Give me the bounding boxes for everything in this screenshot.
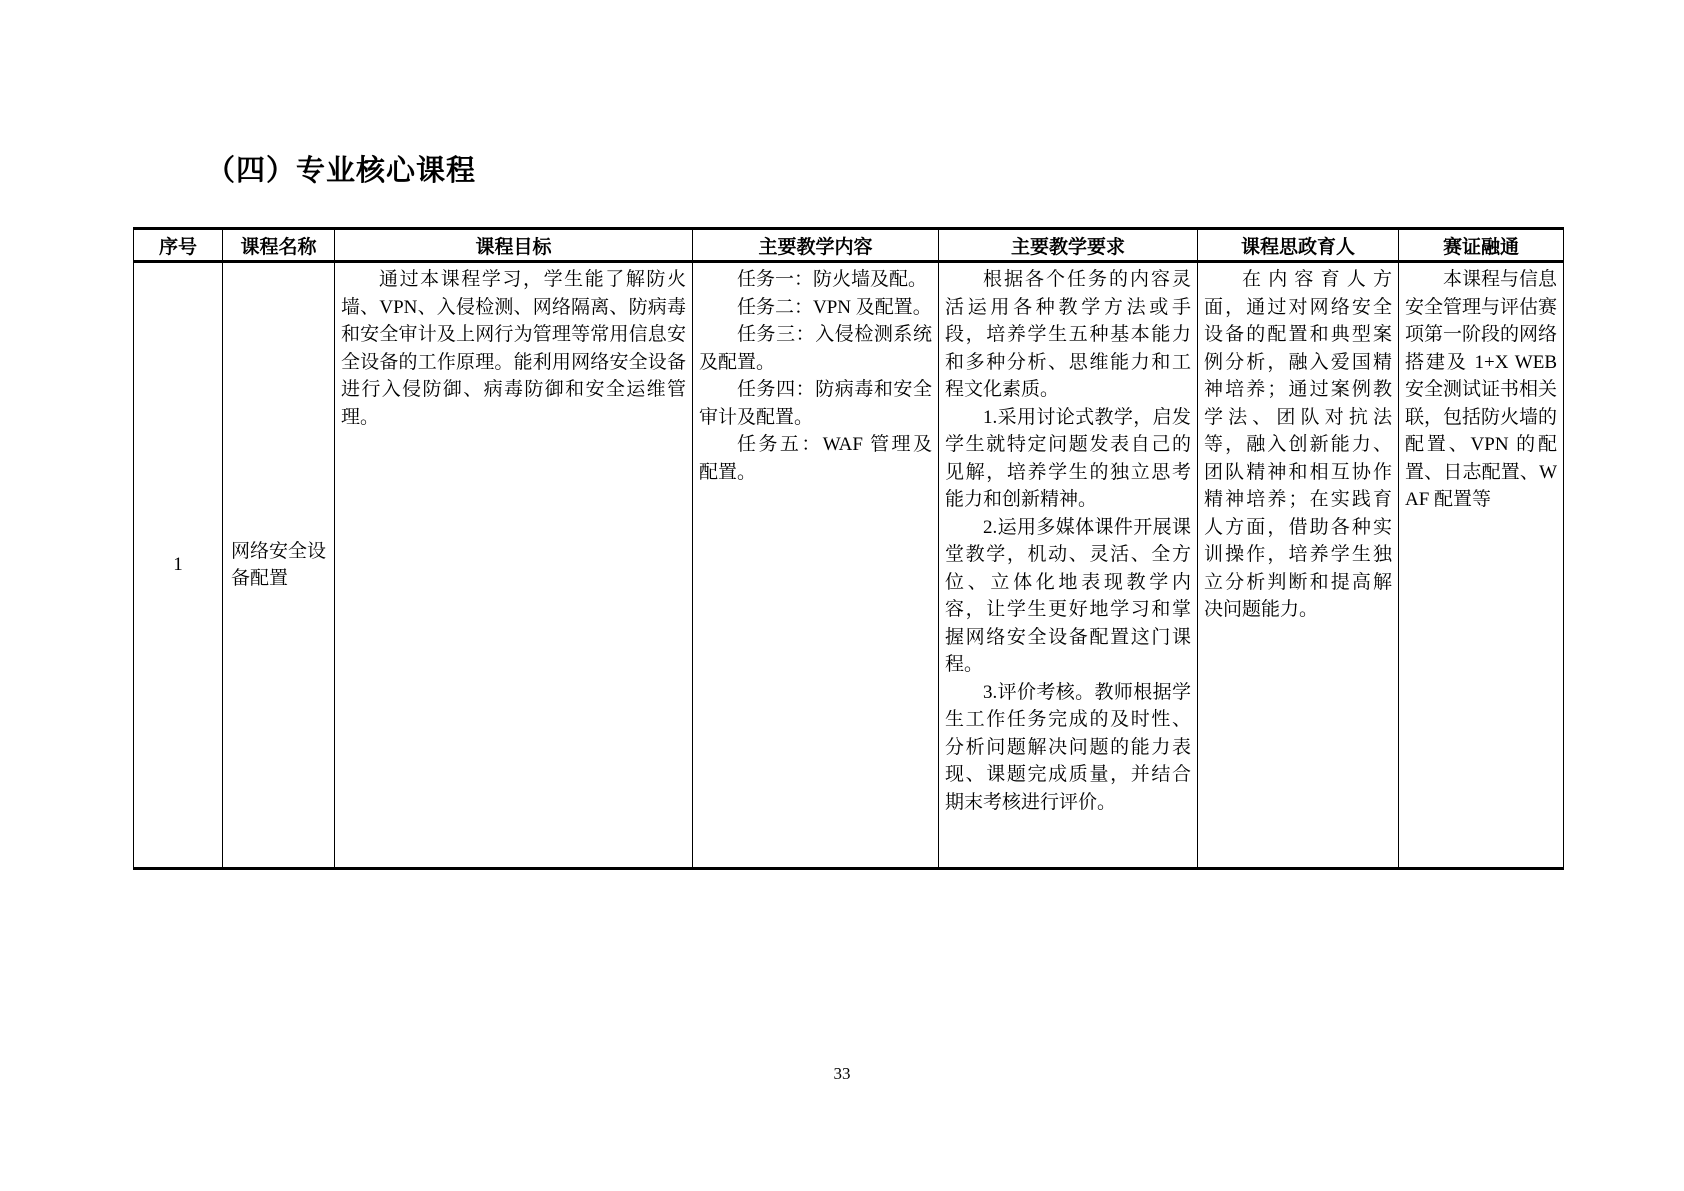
table-header-row: 序号 课程名称 课程目标 主要教学内容 主要教学要求 课程思政育人 赛证融通 xyxy=(134,229,1564,262)
table-row: 1 网络安全设备配置 通过本课程学习，学生能了解防火墙、VPN、入侵检测、网络隔… xyxy=(134,262,1564,869)
col-header-teaching-content: 主要教学内容 xyxy=(693,229,939,262)
section-heading: （四）专业核心课程 xyxy=(206,148,476,189)
cell-course-objective: 通过本课程学习，学生能了解防火墙、VPN、入侵检测、网络隔离、防病毒和安全审计及… xyxy=(335,262,693,869)
cell-teaching-content: 任务一：防火墙及配。 任务二：VPN 及配置。 任务三：入侵检测系统及配置。 任… xyxy=(693,262,939,869)
requirement-item-1: 1.采用讨论式教学，启发学生就特定问题发表自己的见解，培养学生的独立思考能力和创… xyxy=(945,404,1191,514)
cell-course-name: 网络安全设备配置 xyxy=(223,262,335,869)
task-item-1: 任务一：防火墙及配。 xyxy=(699,266,932,294)
objective-paragraph: 通过本课程学习，学生能了解防火墙、VPN、入侵检测、网络隔离、防病毒和安全审计及… xyxy=(341,266,686,431)
page-number: 33 xyxy=(0,1064,1684,1084)
cell-ideological-education: 在内容育人方面，通过对网络安全设备的配置和典型案例分析，融入爱国精神培养；通过案… xyxy=(1198,262,1399,869)
cell-teaching-requirements: 根据各个任务的内容灵活运用各种教学方法或手段，培养学生五种基本能力和多种分析、思… xyxy=(939,262,1198,869)
task-item-2: 任务二：VPN 及配置。 xyxy=(699,294,932,322)
col-header-objectives: 课程目标 xyxy=(335,229,693,262)
task-item-4: 任务四：防病毒和安全审计及配置。 xyxy=(699,376,932,431)
ideology-paragraph: 在内容育人方面，通过对网络安全设备的配置和典型案例分析，融入爱国精神培养；通过案… xyxy=(1204,266,1392,624)
col-header-teaching-requirements: 主要教学要求 xyxy=(939,229,1198,262)
requirement-item-2: 2.运用多媒体课件开展课堂教学，机动、灵活、全方位、立体化地表现教学内容，让学生… xyxy=(945,514,1191,679)
cell-competition-certification: 本课程与信息安全管理与评估赛项第一阶段的网络搭建及 1+X WEB 安全测试证书… xyxy=(1399,262,1564,869)
col-header-course-name: 课程名称 xyxy=(223,229,335,262)
task-item-3: 任务三：入侵检测系统及配置。 xyxy=(699,321,932,376)
course-table: 序号 课程名称 课程目标 主要教学内容 主要教学要求 课程思政育人 赛证融通 1… xyxy=(133,227,1564,870)
col-header-ideology: 课程思政育人 xyxy=(1198,229,1399,262)
task-item-5: 任务五：WAF 管理及配置。 xyxy=(699,431,932,486)
cell-row-number: 1 xyxy=(134,262,223,869)
document-page: （四）专业核心课程 序号 课程名称 课程目标 主要教学内容 主要教学要求 课程思… xyxy=(0,0,1684,1191)
requirement-intro: 根据各个任务的内容灵活运用各种教学方法或手段，培养学生五种基本能力和多种分析、思… xyxy=(945,266,1191,404)
col-header-certification: 赛证融通 xyxy=(1399,229,1564,262)
certification-paragraph: 本课程与信息安全管理与评估赛项第一阶段的网络搭建及 1+X WEB 安全测试证书… xyxy=(1405,266,1557,514)
requirement-item-3: 3.评价考核。教师根据学生工作任务完成的及时性、分析问题解决问题的能力表现、课题… xyxy=(945,679,1191,817)
col-header-no: 序号 xyxy=(134,229,223,262)
course-name-text: 网络安全设备配置 xyxy=(231,538,326,593)
